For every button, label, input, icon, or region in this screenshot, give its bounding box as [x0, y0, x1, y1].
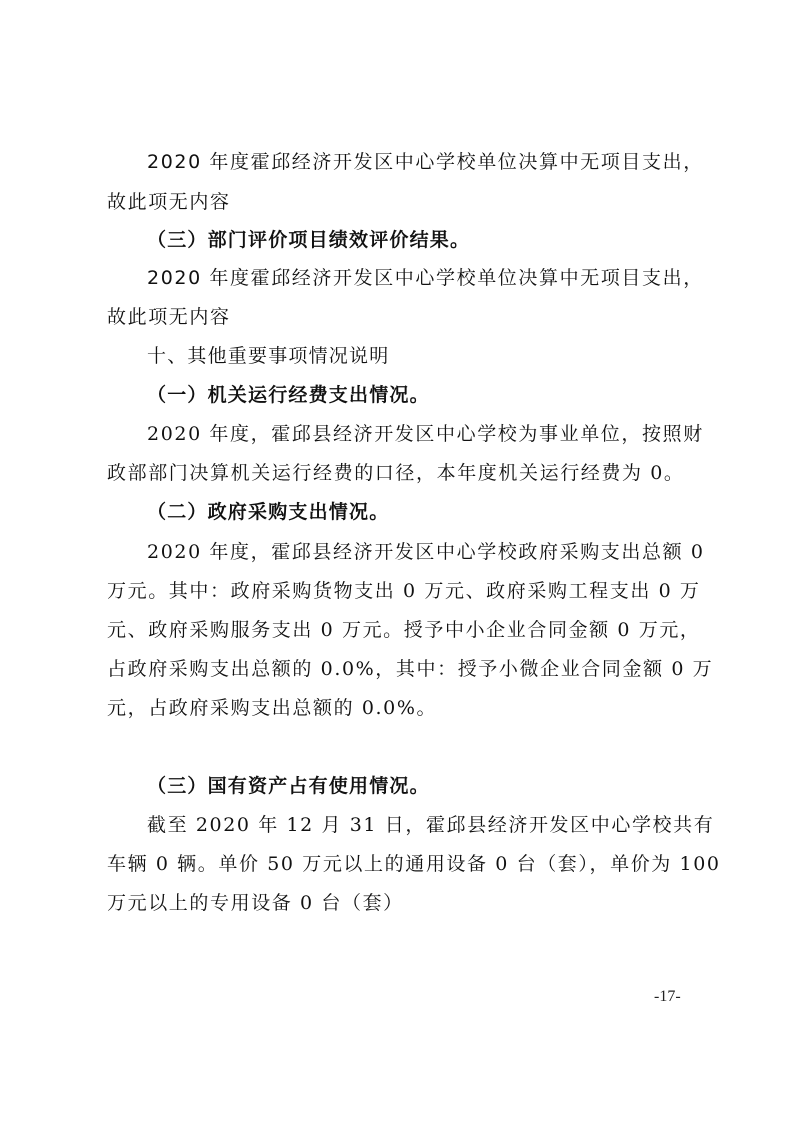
paragraph-line: 占政府采购支出总额的 0.0%，其中：授予小微企业合同金额 0 万: [107, 657, 713, 681]
paragraph-line: 万元。其中：政府采购货物支出 0 万元、政府采购工程支出 0 万: [107, 579, 701, 603]
paragraph-line: 2020 年度霍邱经济开发区中心学校单位决算中无项目支出，: [147, 266, 704, 290]
paragraph-line: 2020 年度，霍邱县经济开发区中心学校政府采购支出总额 0: [147, 540, 705, 564]
paragraph-line: 政部部门决算机关运行经费的口径，本年度机关运行经费为 0。: [107, 461, 685, 485]
paragraph-line: 截至 2020 年 12 月 31 日，霍邱县经济开发区中心学校共有: [147, 813, 714, 837]
section-heading: （三）国有资产占有使用情况。: [147, 774, 430, 798]
section-heading: （二）政府采购支出情况。: [147, 500, 389, 524]
paragraph-line: 万元以上的专用设备 0 台（套）: [107, 891, 404, 915]
paragraph-line: 2020 年度，霍邱县经济开发区中心学校为事业单位，按照财: [147, 422, 704, 446]
section-heading: （一）机关运行经费支出情况。: [147, 383, 430, 407]
page-number: -17-: [654, 988, 681, 1006]
section-heading: （三）部门评价项目绩效评价结果。: [147, 228, 470, 252]
paragraph-line: 车辆 0 辆。单价 50 万元以上的通用设备 0 台（套），单价为 100: [107, 852, 721, 876]
paragraph-line: 故此项无内容: [107, 190, 231, 214]
paragraph-line: 故此项无内容: [107, 305, 231, 329]
paragraph-line: 2020 年度霍邱经济开发区中心学校单位决算中无项目支出，: [147, 150, 704, 174]
paragraph-line: 元，占政府采购支出总额的 0.0%。: [107, 696, 437, 720]
chapter-heading: 十、其他重要事项情况说明: [147, 344, 389, 368]
paragraph-line: 元、政府采购服务支出 0 万元。授予中小企业合同金额 0 万元，: [107, 618, 701, 642]
